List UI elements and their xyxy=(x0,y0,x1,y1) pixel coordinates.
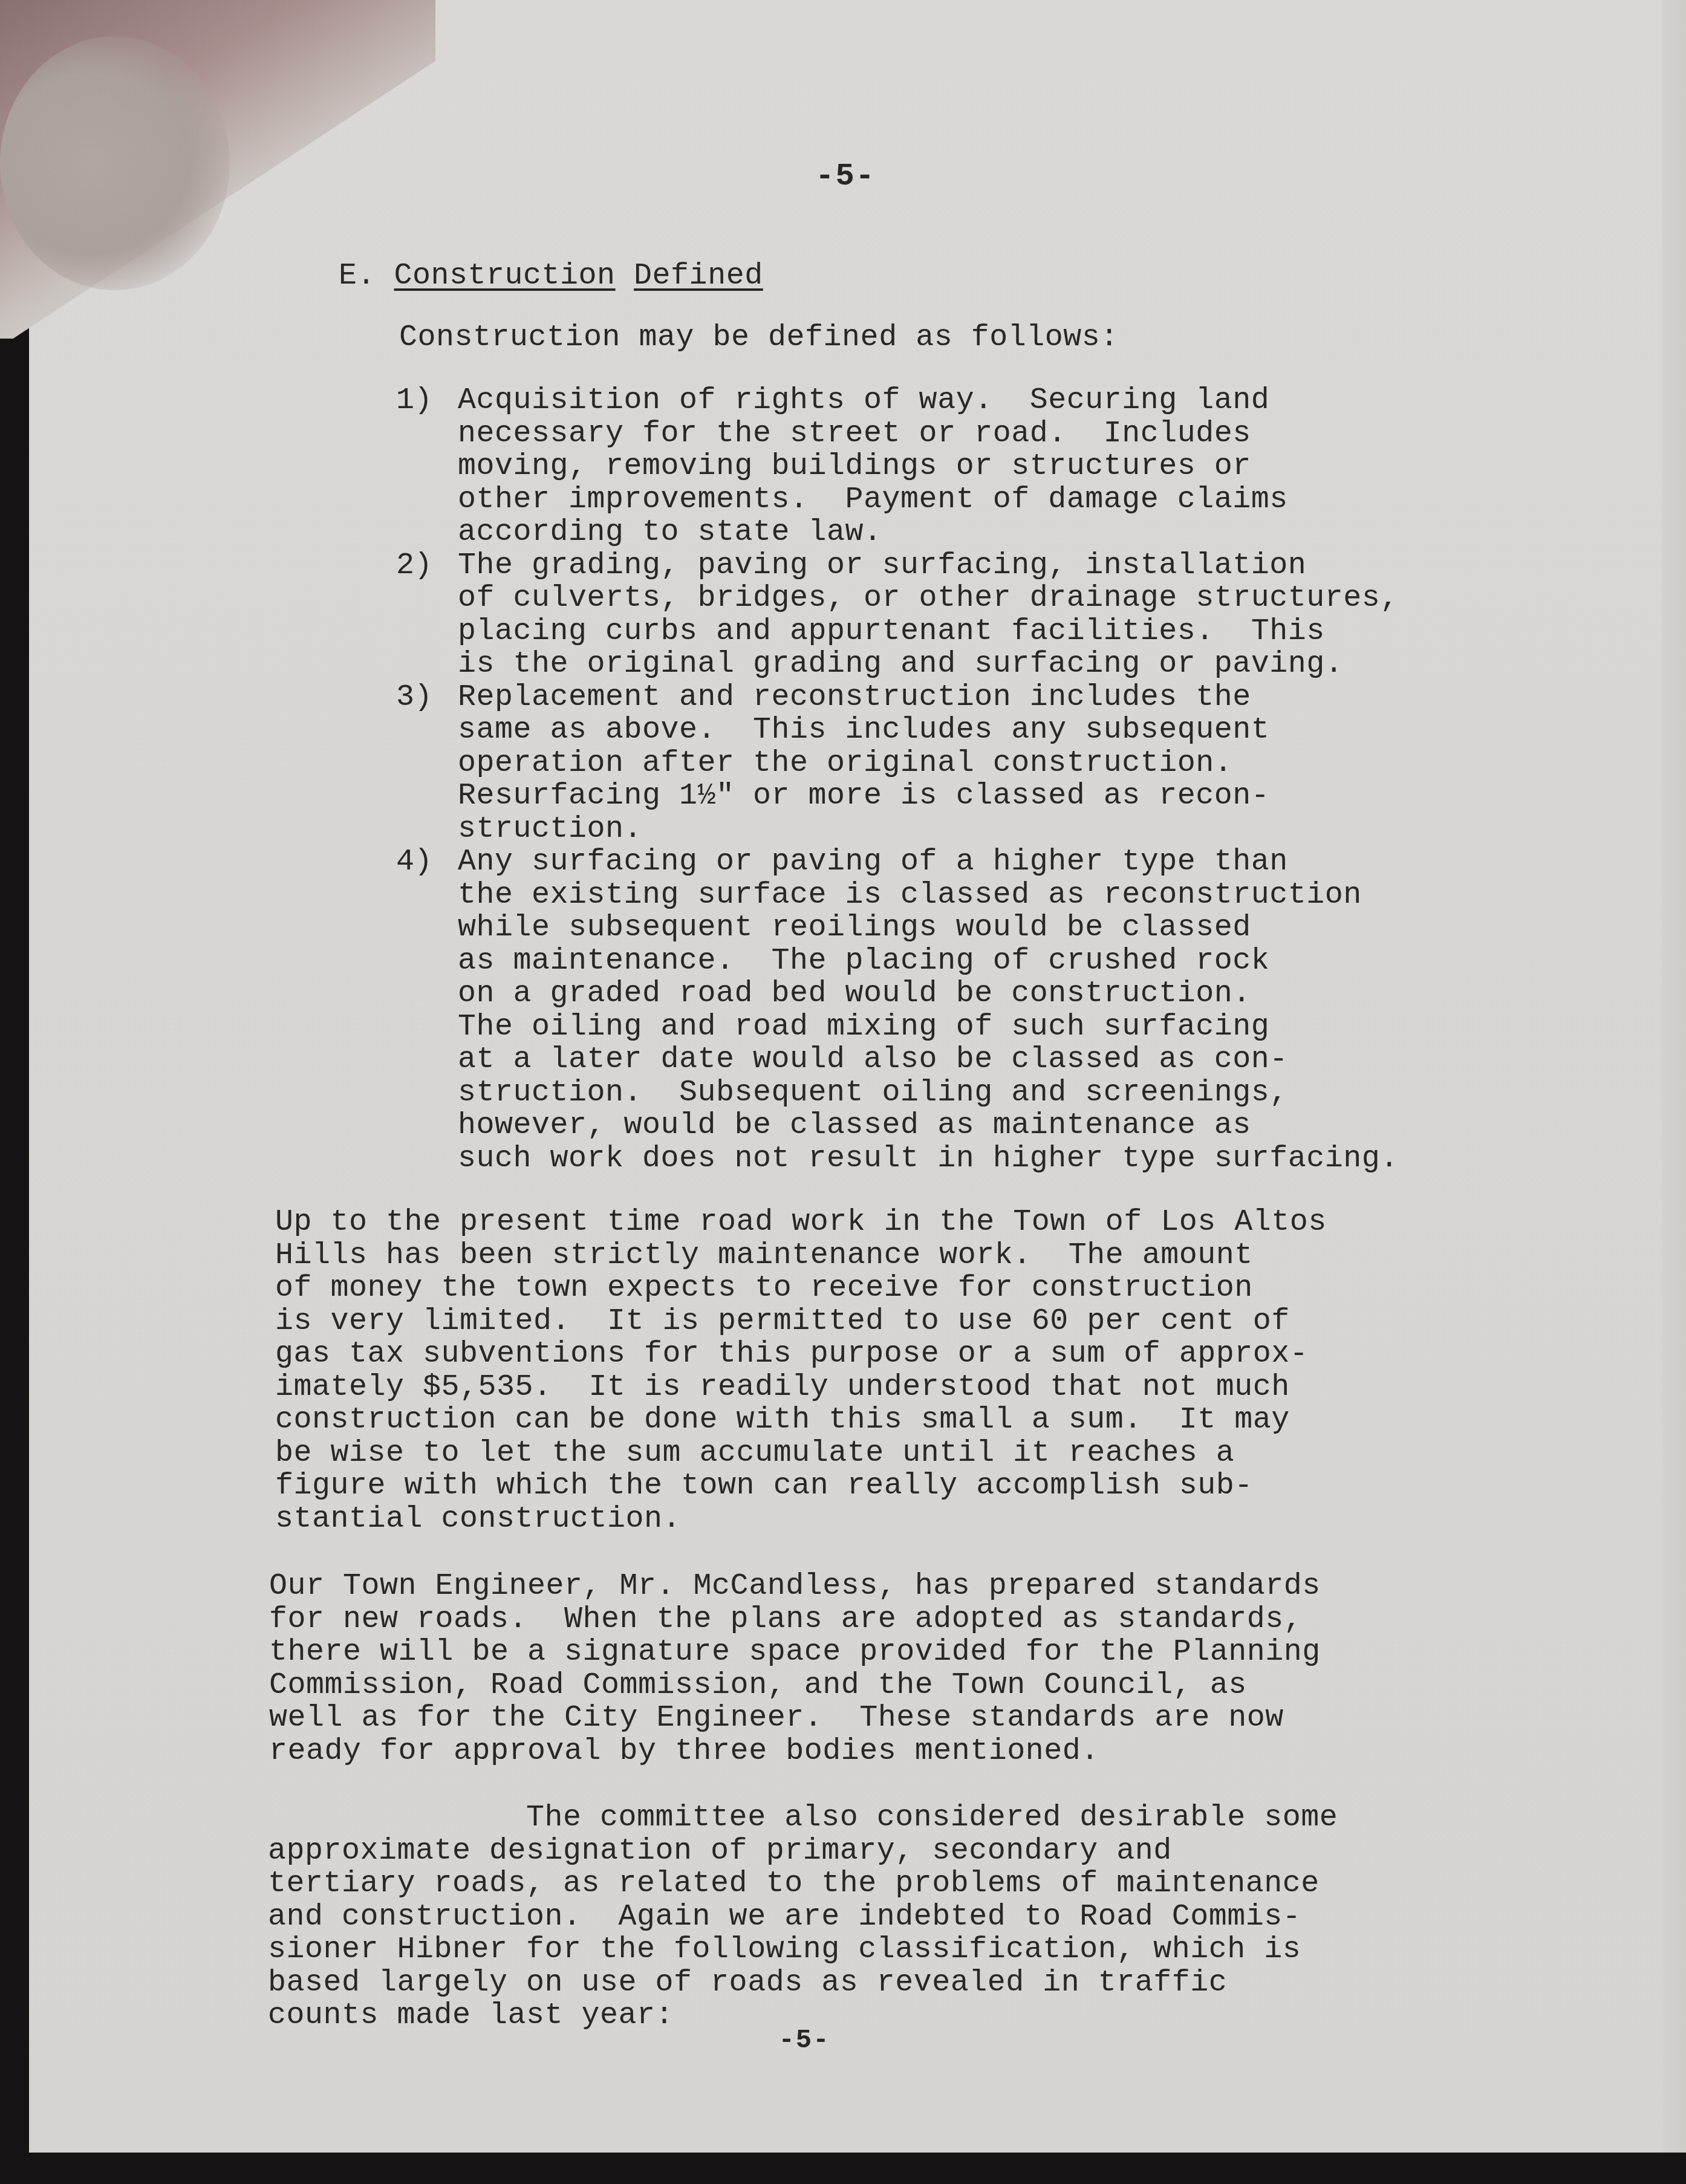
item-number: 4) xyxy=(396,846,458,1175)
section-heading: E. Construction Defined xyxy=(339,260,763,293)
item-text: Replacement and reconstruction includes … xyxy=(458,681,1269,847)
page-edge xyxy=(1662,0,1686,2153)
section-title-word1: Construction xyxy=(394,259,616,293)
page-number-bottom: -5- xyxy=(0,2026,1621,2056)
section-letter: E. xyxy=(339,259,376,293)
section-intro: Construction may be defined as follows: xyxy=(399,322,1119,355)
definition-item: 2) The grading, paving or surfacing, ins… xyxy=(396,550,1399,681)
page-number-top: -5- xyxy=(29,158,1662,194)
definitions-list: 1) Acquisition of rights of way. Securin… xyxy=(396,385,1399,1175)
item-number: 2) xyxy=(396,550,458,681)
item-text: Acquisition of rights of way. Securing l… xyxy=(458,385,1288,550)
paragraph-road-standards: Our Town Engineer, Mr. McCandless, has p… xyxy=(269,1570,1321,1768)
definition-item: 4) Any surfacing or paving of a higher t… xyxy=(396,846,1399,1175)
item-text: Any surfacing or paving of a higher type… xyxy=(458,846,1399,1175)
paragraph-road-classification: The committee also considered desirable … xyxy=(268,1802,1338,2033)
definition-item: 3) Replacement and reconstruction includ… xyxy=(396,681,1399,847)
item-text: The grading, paving or surfacing, instal… xyxy=(458,550,1399,681)
section-title-word2: Defined xyxy=(634,259,763,293)
definition-item: 1) Acquisition of rights of way. Securin… xyxy=(396,385,1399,550)
paragraph-road-work-funding: Up to the present time road work in the … xyxy=(275,1206,1327,1536)
item-number: 1) xyxy=(396,385,458,550)
item-number: 3) xyxy=(396,681,458,847)
